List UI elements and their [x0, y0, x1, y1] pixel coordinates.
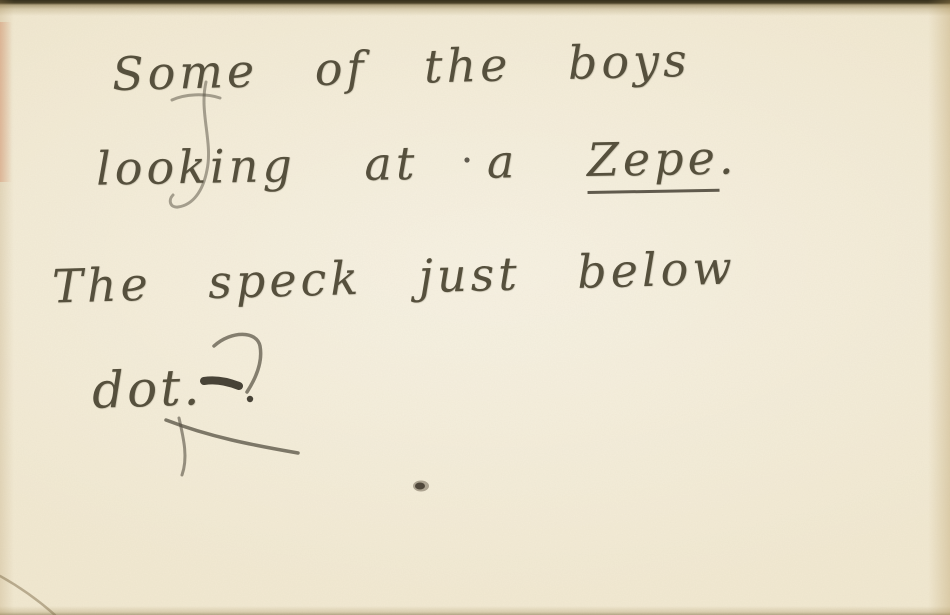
card-right-edge	[928, 0, 950, 615]
note-line-4: dot.	[91, 358, 203, 420]
dark-speck	[413, 481, 429, 492]
card-bottom-edge	[0, 606, 950, 615]
card-top-edge	[0, 0, 950, 16]
scanned-handwritten-card: Some of the boys looking at a Zepe. The …	[0, 0, 950, 615]
note-line-2-suffix: .	[718, 130, 738, 184]
note-line-3: The speck just below	[51, 240, 736, 313]
note-line-2-prefix: looking at a	[96, 133, 588, 196]
note-line-1: Some of the boys	[111, 33, 691, 101]
underlined-word-zepe: Zepe	[586, 131, 719, 194]
note-line-2: looking at a Zepe.	[96, 130, 738, 195]
left-edge-pink-tint	[0, 22, 12, 182]
